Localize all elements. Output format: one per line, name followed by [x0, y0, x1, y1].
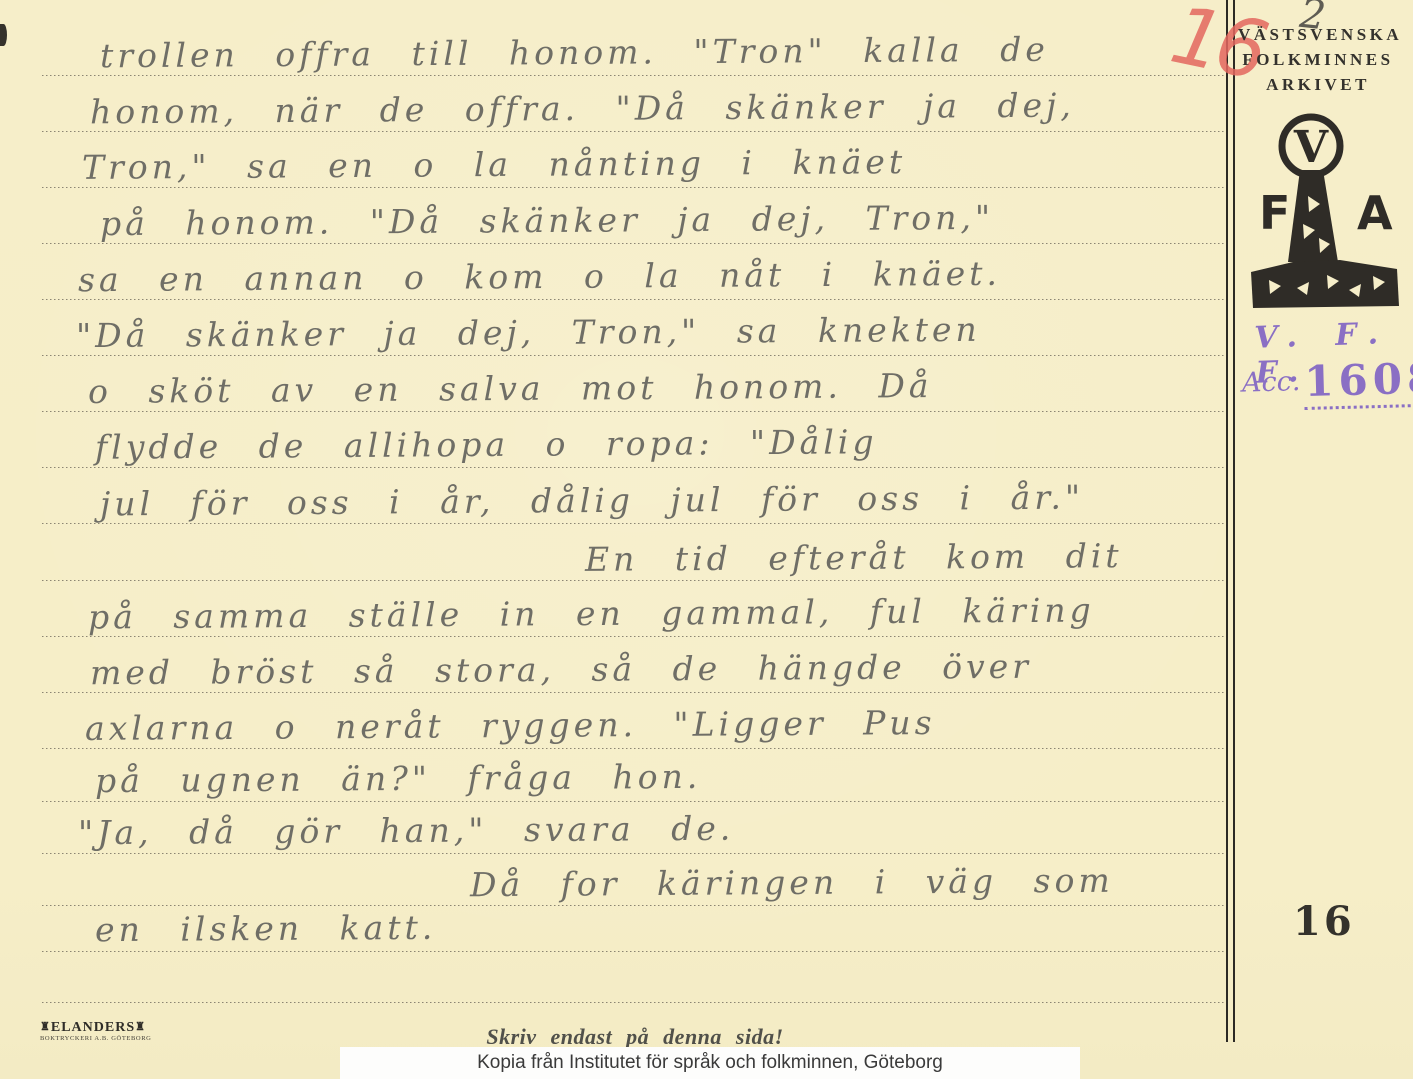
manuscript-line: axlarna o neråt ryggen. "Ligger Pus	[85, 701, 936, 751]
manuscript-line: En tid efteråt kom dit	[585, 534, 1123, 582]
printer-subline: BOKTRYCKERI A.B. GÖTEBORG	[40, 1035, 151, 1042]
printer-name: ELANDERS	[51, 1020, 135, 1035]
margin-rule-right	[1233, 0, 1235, 1042]
thors-hammer-logo-icon: V F A	[1245, 112, 1410, 337]
manuscript-line: flydde de allihopa o ropa: "Dålig	[95, 420, 878, 469]
logo-letter-v: V	[1293, 122, 1329, 173]
copy-notice-text: Kopia från Institutet för språk och folk…	[477, 1052, 943, 1074]
scanned-manuscript-page: trollen offra till honom. "Tron" kalla d…	[0, 0, 1413, 1079]
manuscript-line: Då for käringen i väg som	[470, 859, 1114, 907]
copy-notice-strip: Kopia från Institutet för språk och folk…	[340, 1047, 1080, 1079]
logo-letter-f: F	[1259, 186, 1290, 240]
margin-rule-left	[1226, 0, 1228, 1042]
manuscript-line: "Ja, då gör han," svara de.	[78, 807, 735, 856]
printer-mark: ♜ELANDERS♜ BOKTRYCKERI A.B. GÖTEBORG	[40, 1020, 151, 1042]
manuscript-line: sa en annan o kom o la nåt i knäet.	[78, 252, 1001, 302]
archive-name-line1: VÄSTSVENSKA	[1238, 22, 1398, 47]
archive-name-line3: ARKIVET	[1238, 72, 1398, 97]
logo-letter-a: A	[1357, 186, 1393, 240]
manuscript-line: "Då skänker ja dej, Tron," sa knekten	[76, 308, 981, 358]
manuscript-line: på honom. "Då skänker ja dej, Tron,"	[100, 196, 994, 246]
accession-number: 1608	[1304, 353, 1413, 410]
printer-ornament-left-icon: ♜	[40, 1021, 51, 1033]
manuscript-line: på ugnen än?" fråga hon.	[95, 755, 702, 803]
printer-ornament-right-icon: ♜	[135, 1021, 146, 1033]
accession-label: Acc.	[1242, 366, 1301, 399]
edge-smudge	[0, 24, 7, 46]
manuscript-line: o sköt av en salva mot honom. Då	[88, 364, 933, 414]
manuscript-line: på samma ställe in en gammal, ful käring	[88, 588, 1095, 639]
archive-name: VÄSTSVENSKA FOLKMINNES ARKIVET	[1238, 22, 1398, 97]
manuscript-line: Tron," sa en o la nånting i knäet	[82, 140, 906, 190]
manuscript-line: jul för oss i år, dålig jul för oss i år…	[100, 476, 1084, 527]
manuscript-line: honom, när de offra. "Då skänker ja dej,	[90, 84, 1075, 135]
archive-name-line2: FOLKMINNES	[1238, 47, 1398, 72]
manuscript-line: trollen offra till honom. "Tron" kalla d…	[100, 28, 1049, 79]
accession-stamp: Acc. 1608	[1241, 353, 1413, 407]
page-number-stamp: 16	[1293, 898, 1355, 945]
manuscript-line: en ilsken katt.	[95, 906, 437, 952]
manuscript-line: med bröst så stora, så de hängde över	[90, 645, 1032, 696]
ruled-line	[42, 1002, 1224, 1004]
